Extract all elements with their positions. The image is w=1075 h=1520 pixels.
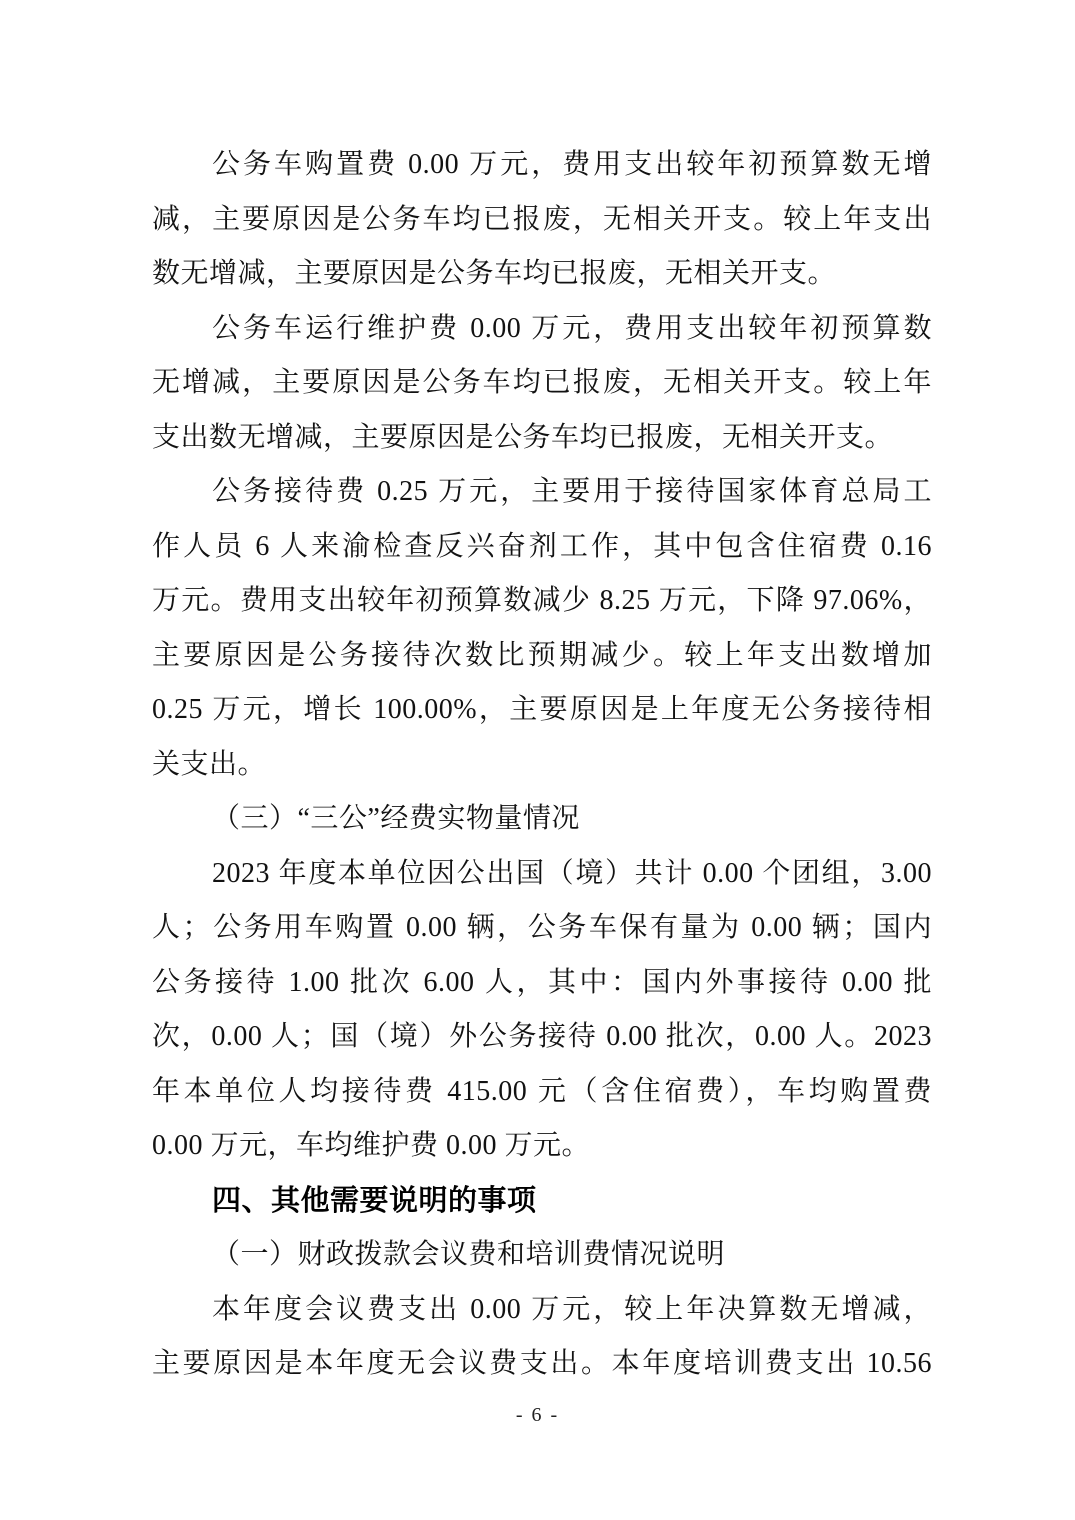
paragraph-line: 2023 年度本单位因公出国（境）共计 0.00 个团组，3.00 (152, 847, 932, 902)
paragraph-line: 公务接待 1.00 批次 6.00 人，其中：国内外事接待 0.00 批 (152, 956, 932, 1011)
paragraph-line: 万元。费用支出较年初预算数减少 8.25 万元，下降 97.06%， (152, 574, 932, 629)
paragraph-line: 关支出。 (152, 738, 932, 793)
paragraph-line: 次，0.00 人；国（境）外公务接待 0.00 批次，0.00 人。2023 (152, 1010, 932, 1065)
paragraph-line: 0.00 万元，车均维护费 0.00 万元。 (152, 1119, 932, 1174)
paragraph-line: 0.25 万元，增长 100.00%，主要原因是上年度无公务接待相 (152, 683, 932, 738)
paragraph-line: 公务车运行维护费 0.00 万元，费用支出较年初预算数 (152, 302, 932, 357)
paragraph-line: 主要原因是公务接待次数比预期减少。较上年支出数增加 (152, 629, 932, 684)
paragraph-line: 公务接待费 0.25 万元，主要用于接待国家体育总局工 (152, 465, 932, 520)
paragraph-line: 减，主要原因是公务车均已报废，无相关开支。较上年支出 (152, 193, 932, 248)
paragraph-line: 作人员 6 人来渝检查反兴奋剂工作，其中包含住宿费 0.16 (152, 520, 932, 575)
paragraph-line: 无增减，主要原因是公务车均已报废，无相关开支。较上年 (152, 356, 932, 411)
paragraph-line: 本年度会议费支出 0.00 万元，较上年决算数无增减， (152, 1283, 932, 1338)
paragraph-line: 支出数无增减，主要原因是公务车均已报废，无相关开支。 (152, 411, 932, 466)
subheading-meeting-training: （一）财政拨款会议费和培训费情况说明 (152, 1228, 932, 1283)
heading-other-items: 四、其他需要说明的事项 (152, 1174, 932, 1229)
paragraph-line: 人；公务用车购置 0.00 辆，公务车保有量为 0.00 辆；国内 (152, 901, 932, 956)
subheading-physical-quantity: （三）“三公”经费实物量情况 (152, 792, 932, 847)
document-page: 公务车购置费 0.00 万元，费用支出较年初预算数无增 减，主要原因是公务车均已… (0, 0, 1075, 1520)
document-body: 公务车购置费 0.00 万元，费用支出较年初预算数无增 减，主要原因是公务车均已… (152, 138, 932, 1392)
paragraph-line: 数无增减，主要原因是公务车均已报废，无相关开支。 (152, 247, 932, 302)
paragraph-line: 年本单位人均接待费 415.00 元（含住宿费），车均购置费 (152, 1065, 932, 1120)
page-number: - 6 - (0, 1404, 1075, 1427)
paragraph-line: 公务车购置费 0.00 万元，费用支出较年初预算数无增 (152, 138, 932, 193)
paragraph-line: 主要原因是本年度无会议费支出。本年度培训费支出 10.56 (152, 1337, 932, 1392)
